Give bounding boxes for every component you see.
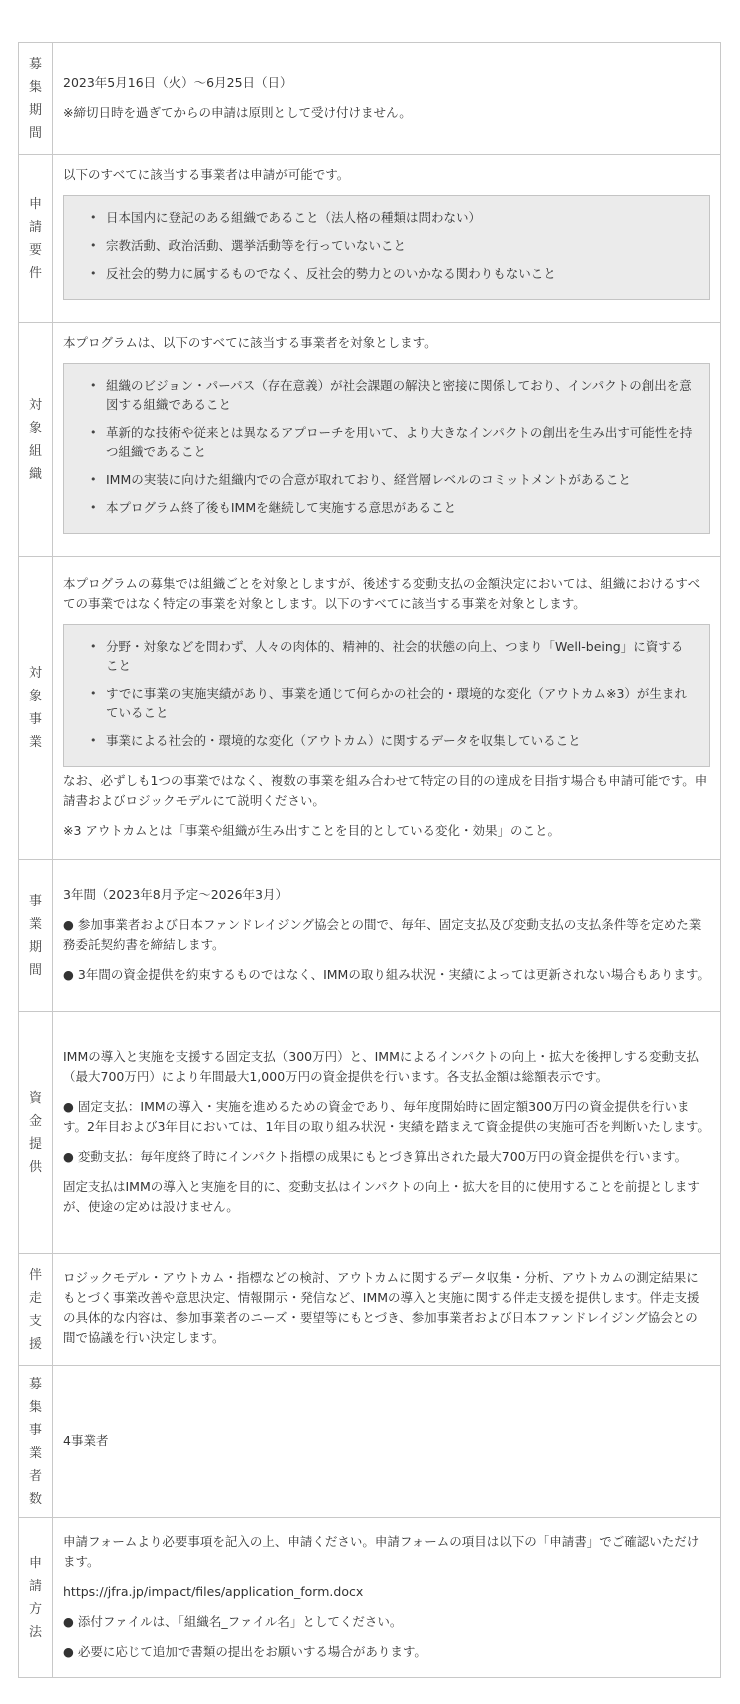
row-label-text: 募集期間 <box>19 53 52 145</box>
period-dates: 2023年5月16日（火）～6月25日（日） <box>63 73 710 93</box>
row-label-text: 申請方法 <box>19 1552 52 1644</box>
row-label: 申請方法 <box>19 1518 53 1678</box>
row-label: 伴走支援 <box>19 1254 53 1366</box>
intro-text: 本プログラムは、以下のすべてに該当する事業者を対象とします。 <box>63 333 710 353</box>
count-value: 4事業者 <box>63 1431 710 1451</box>
row-eligibility: 申請要件 以下のすべてに該当する事業者は申請が可能です。 日本国内に登記のある組… <box>19 155 721 323</box>
list-item: 本プログラム終了後もIMMを継続して実施する意思があること <box>104 498 693 517</box>
program-details: 募集期間 2023年5月16日（火）～6月25日（日） ※締切日時を過ぎてからの… <box>18 42 721 1678</box>
row-content: ロジックモデル・アウトカム・指標などの検討、アウトカムに関するデータ収集・分析、… <box>53 1254 721 1366</box>
bullet-text: ● 3年間の資金提供を約束するものではなく、IMMの取り組み状況・実績によっては… <box>63 965 710 985</box>
application-intro: 申請フォームより必要事項を記入の上、申請ください。申請フォームの項目は以下の「申… <box>63 1532 710 1572</box>
footnote-text: ※3 アウトカムとは「事業や組織が生み出すことを目的としている変化・効果」のこと… <box>63 821 710 841</box>
row-application-method: 申請方法 申請フォームより必要事項を記入の上、申請ください。申請フォームの項目は… <box>19 1518 721 1678</box>
row-label: 事業期間 <box>19 860 53 1012</box>
bullet-text: ● 添付ファイルは、「組織名_ファイル名」としてください。 <box>63 1612 710 1632</box>
list-item: 反社会的勢力に属するものでなく、反社会的勢力とのいかなる関わりもないこと <box>104 264 693 283</box>
variable-payment-text: ● 変動支払：毎年度終了時にインパクト指標の成果にもとづき算出された最大700万… <box>63 1147 710 1167</box>
fixed-payment-text: ● 固定支払：IMMの導入・実施を進めるための資金であり、毎年度開始時に固定額3… <box>63 1097 710 1137</box>
list-item: 組織のビジョン・パーパス（存在意義）が社会課題の解決と密接に関係しており、インパ… <box>104 376 693 414</box>
intro-text: 以下のすべてに該当する事業者は申請が可能です。 <box>63 165 710 185</box>
row-content: 本プログラムの募集では組織ごとを対象としますが、後述する変動支払の金額決定におい… <box>53 557 721 860</box>
row-label-text: 募集事業者数 <box>19 1373 52 1511</box>
row-label: 募集事業者数 <box>19 1366 53 1518</box>
intro-text: 本プログラムの募集では組織ごとを対象としますが、後述する変動支払の金額決定におい… <box>63 574 710 614</box>
info-table: 募集期間 2023年5月16日（火）～6月25日（日） ※締切日時を過ぎてからの… <box>18 42 721 1678</box>
criteria-box: 組織のビジョン・パーパス（存在意義）が社会課題の解決と密接に関係しており、インパ… <box>63 363 710 534</box>
row-label-text: 対象事業 <box>19 662 52 754</box>
row-funding: 資金提供 IMMの導入と実施を支援する固定支払（300万円）と、IMMによるイン… <box>19 1012 721 1254</box>
period-text: 3年間（2023年8月予定～2026年3月） <box>63 885 710 905</box>
row-support: 伴走支援 ロジックモデル・アウトカム・指標などの検討、アウトカムに関するデータ収… <box>19 1254 721 1366</box>
deadline-note: ※締切日時を過ぎてからの申請は原則として受け付けません。 <box>63 103 710 123</box>
note-text: なお、必ずしも1つの事業ではなく、複数の事業を組み合わせて特定の目的の達成を目指… <box>63 771 710 811</box>
row-content: 本プログラムは、以下のすべてに該当する事業者を対象とします。 組織のビジョン・パ… <box>53 323 721 557</box>
row-label-text: 申請要件 <box>19 193 52 285</box>
application-form-link[interactable]: https://jfra.jp/impact/files/application… <box>63 1584 363 1599</box>
bullet-text: ● 必要に応じて追加で書類の提出をお願いする場合があります。 <box>63 1642 710 1662</box>
support-text: ロジックモデル・アウトカム・指標などの検討、アウトカムに関するデータ収集・分析、… <box>63 1268 710 1348</box>
row-content: 3年間（2023年8月予定～2026年3月） ● 参加事業者および日本ファンドレ… <box>53 860 721 1012</box>
list-item: 革新的な技術や従来とは異なるアプローチを用いて、より大きなインパクトの創出を生み… <box>104 423 693 461</box>
row-content: 2023年5月16日（火）～6月25日（日） ※締切日時を過ぎてからの申請は原則… <box>53 43 721 155</box>
list-item: 分野・対象などを問わず、人々の肉体的、精神的、社会的状態の向上、つまり「Well… <box>104 637 693 675</box>
row-business-period: 事業期間 3年間（2023年8月予定～2026年3月） ● 参加事業者および日本… <box>19 860 721 1012</box>
row-content: IMMの導入と実施を支援する固定支払（300万円）と、IMMによるインパクトの向… <box>53 1012 721 1254</box>
row-content: 申請フォームより必要事項を記入の上、申請ください。申請フォームの項目は以下の「申… <box>53 1518 721 1678</box>
list-item: IMMの実装に向けた組織内での合意が取れており、経営層レベルのコミットメントがあ… <box>104 470 693 489</box>
row-label-text: 伴走支援 <box>19 1264 52 1356</box>
row-target-business: 対象事業 本プログラムの募集では組織ごとを対象としますが、後述する変動支払の金額… <box>19 557 721 860</box>
row-label-text: 事業期間 <box>19 890 52 982</box>
row-label: 資金提供 <box>19 1012 53 1254</box>
row-label: 申請要件 <box>19 155 53 323</box>
list-item: 日本国内に登記のある組織であること（法人格の種類は問わない） <box>104 208 693 227</box>
row-label: 対象組織 <box>19 323 53 557</box>
row-content: 以下のすべてに該当する事業者は申請が可能です。 日本国内に登記のある組織であるこ… <box>53 155 721 323</box>
row-recruitment-period: 募集期間 2023年5月16日（火）～6月25日（日） ※締切日時を過ぎてからの… <box>19 43 721 155</box>
bullet-text: ● 参加事業者および日本ファンドレイジング協会との間で、毎年、固定支払及び変動支… <box>63 915 710 955</box>
row-recruit-count: 募集事業者数 4事業者 <box>19 1366 721 1518</box>
list-item: 宗教活動、政治活動、選挙活動等を行っていないこと <box>104 236 693 255</box>
funding-summary: IMMの導入と実施を支援する固定支払（300万円）と、IMMによるインパクトの向… <box>63 1047 710 1087</box>
criteria-box: 分野・対象などを問わず、人々の肉体的、精神的、社会的状態の向上、つまり「Well… <box>63 624 710 767</box>
list-item: すでに事業の実施実績があり、事業を通じて何らかの社会的・環境的な変化（アウトカム… <box>104 684 693 722</box>
requirements-box: 日本国内に登記のある組織であること（法人格の種類は問わない） 宗教活動、政治活動… <box>63 195 710 300</box>
list-item: 事業による社会的・環境的な変化（アウトカム）に関するデータを収集していること <box>104 731 693 750</box>
row-label-text: 資金提供 <box>19 1087 52 1179</box>
usage-note: 固定支払はIMMの導入と実施を目的に、変動支払はインパクトの向上・拡大を目的に使… <box>63 1177 710 1217</box>
row-label: 募集期間 <box>19 43 53 155</box>
row-label-text: 対象組織 <box>19 394 52 486</box>
row-content: 4事業者 <box>53 1366 721 1518</box>
row-target-organization: 対象組織 本プログラムは、以下のすべてに該当する事業者を対象とします。 組織のビ… <box>19 323 721 557</box>
row-label: 対象事業 <box>19 557 53 860</box>
